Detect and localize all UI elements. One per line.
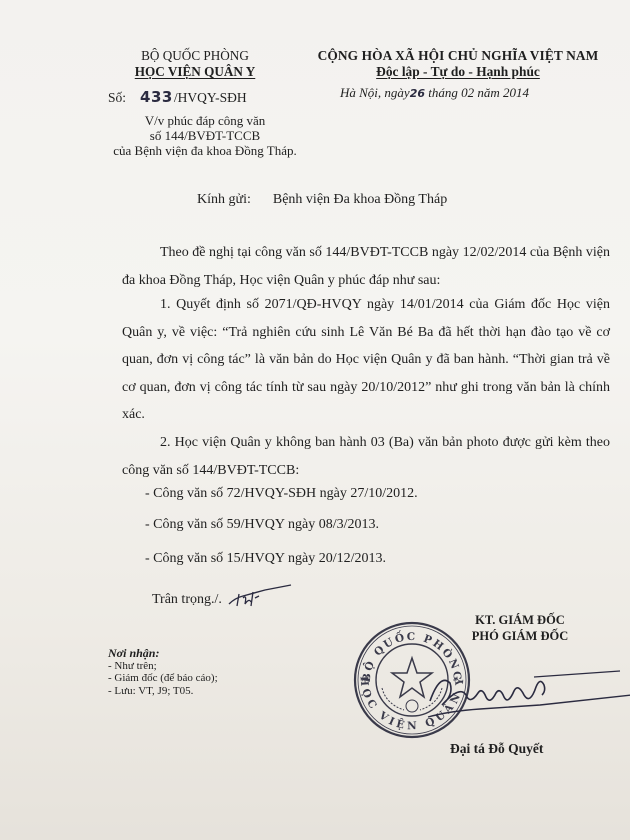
recipient-item: - Như trên; [108,660,218,673]
recipient-item: - Lưu: VT, J9; T05. [108,685,218,698]
national-title: CỘNG HÒA XÃ HỘI CHỦ NGHĨA VIỆT NAM [308,48,608,64]
subject-line: của Bệnh viện đa khoa Đồng Tháp. [85,143,325,158]
closing-salutation: Trân trọng./. [152,592,222,608]
national-header: CỘNG HÒA XÃ HỘI CHỦ NGHĨA VIỆT NAM Độc l… [308,48,608,80]
point-1-paragraph: 1. Quyết định số 2071/QĐ-HVQY ngày 14/01… [122,291,610,429]
recipient-item: - Giám đốc (để báo cáo); [108,672,218,685]
addressee-recipient: Bệnh viện Đa khoa Đồng Tháp [273,192,447,207]
handwritten-signature-icon [420,665,630,725]
initials-signature-icon [225,584,295,610]
document-number: Số:433/HVQY-SĐH [108,88,247,106]
national-motto: Độc lập - Tự do - Hạnh phúc [376,64,540,79]
subject-line: V/v phúc đáp công văn [85,113,325,128]
signer-name: Đại tá Đỗ Quyết [450,741,543,757]
issue-date: Hà Nội, ngày26 tháng 02 năm 2014 [340,85,529,101]
institution-name: HỌC VIỆN QUÂN Y [135,64,256,79]
intro-paragraph: Theo đề nghị tại công văn số 144/BVĐT-TC… [122,239,610,294]
number-label: Số: [108,90,126,105]
official-letter: BỘ QUỐC PHÒNG HỌC VIỆN QUÂN Y Số:433/HVQ… [0,0,630,840]
subject-summary: V/v phúc đáp công văn số 144/BVĐT-TCCB c… [85,113,325,158]
recipients-title: Nơi nhận: [108,647,218,660]
point-2-paragraph: 2. Học viện Quân y không ban hành 03 (Ba… [122,429,610,484]
subject-line: số 144/BVĐT-TCCB [85,128,325,143]
handwritten-day: 26 [410,87,425,100]
list-item: - Công văn số 59/HVQY ngày 08/3/2013. [145,517,379,533]
recipients-list: Nơi nhận: - Như trên; - Giám đốc (để báo… [108,647,218,697]
number-suffix: /HVQY-SĐH [174,90,247,105]
svg-text:*: * [366,677,370,686]
addressee-label: Kính gửi: [197,192,251,207]
issuer-header: BỘ QUỐC PHÒNG HỌC VIỆN QUÂN Y [95,48,295,80]
ministry-name: BỘ QUỐC PHÒNG [95,48,295,64]
addressee: Kính gửi:Bệnh viện Đa khoa Đồng Tháp [197,192,447,208]
number-value: 433 [140,88,173,106]
list-item: - Công văn số 72/HVQY-SĐH ngày 27/10/201… [145,486,418,502]
list-item: - Công văn số 15/HVQY ngày 20/12/2013. [145,551,386,567]
